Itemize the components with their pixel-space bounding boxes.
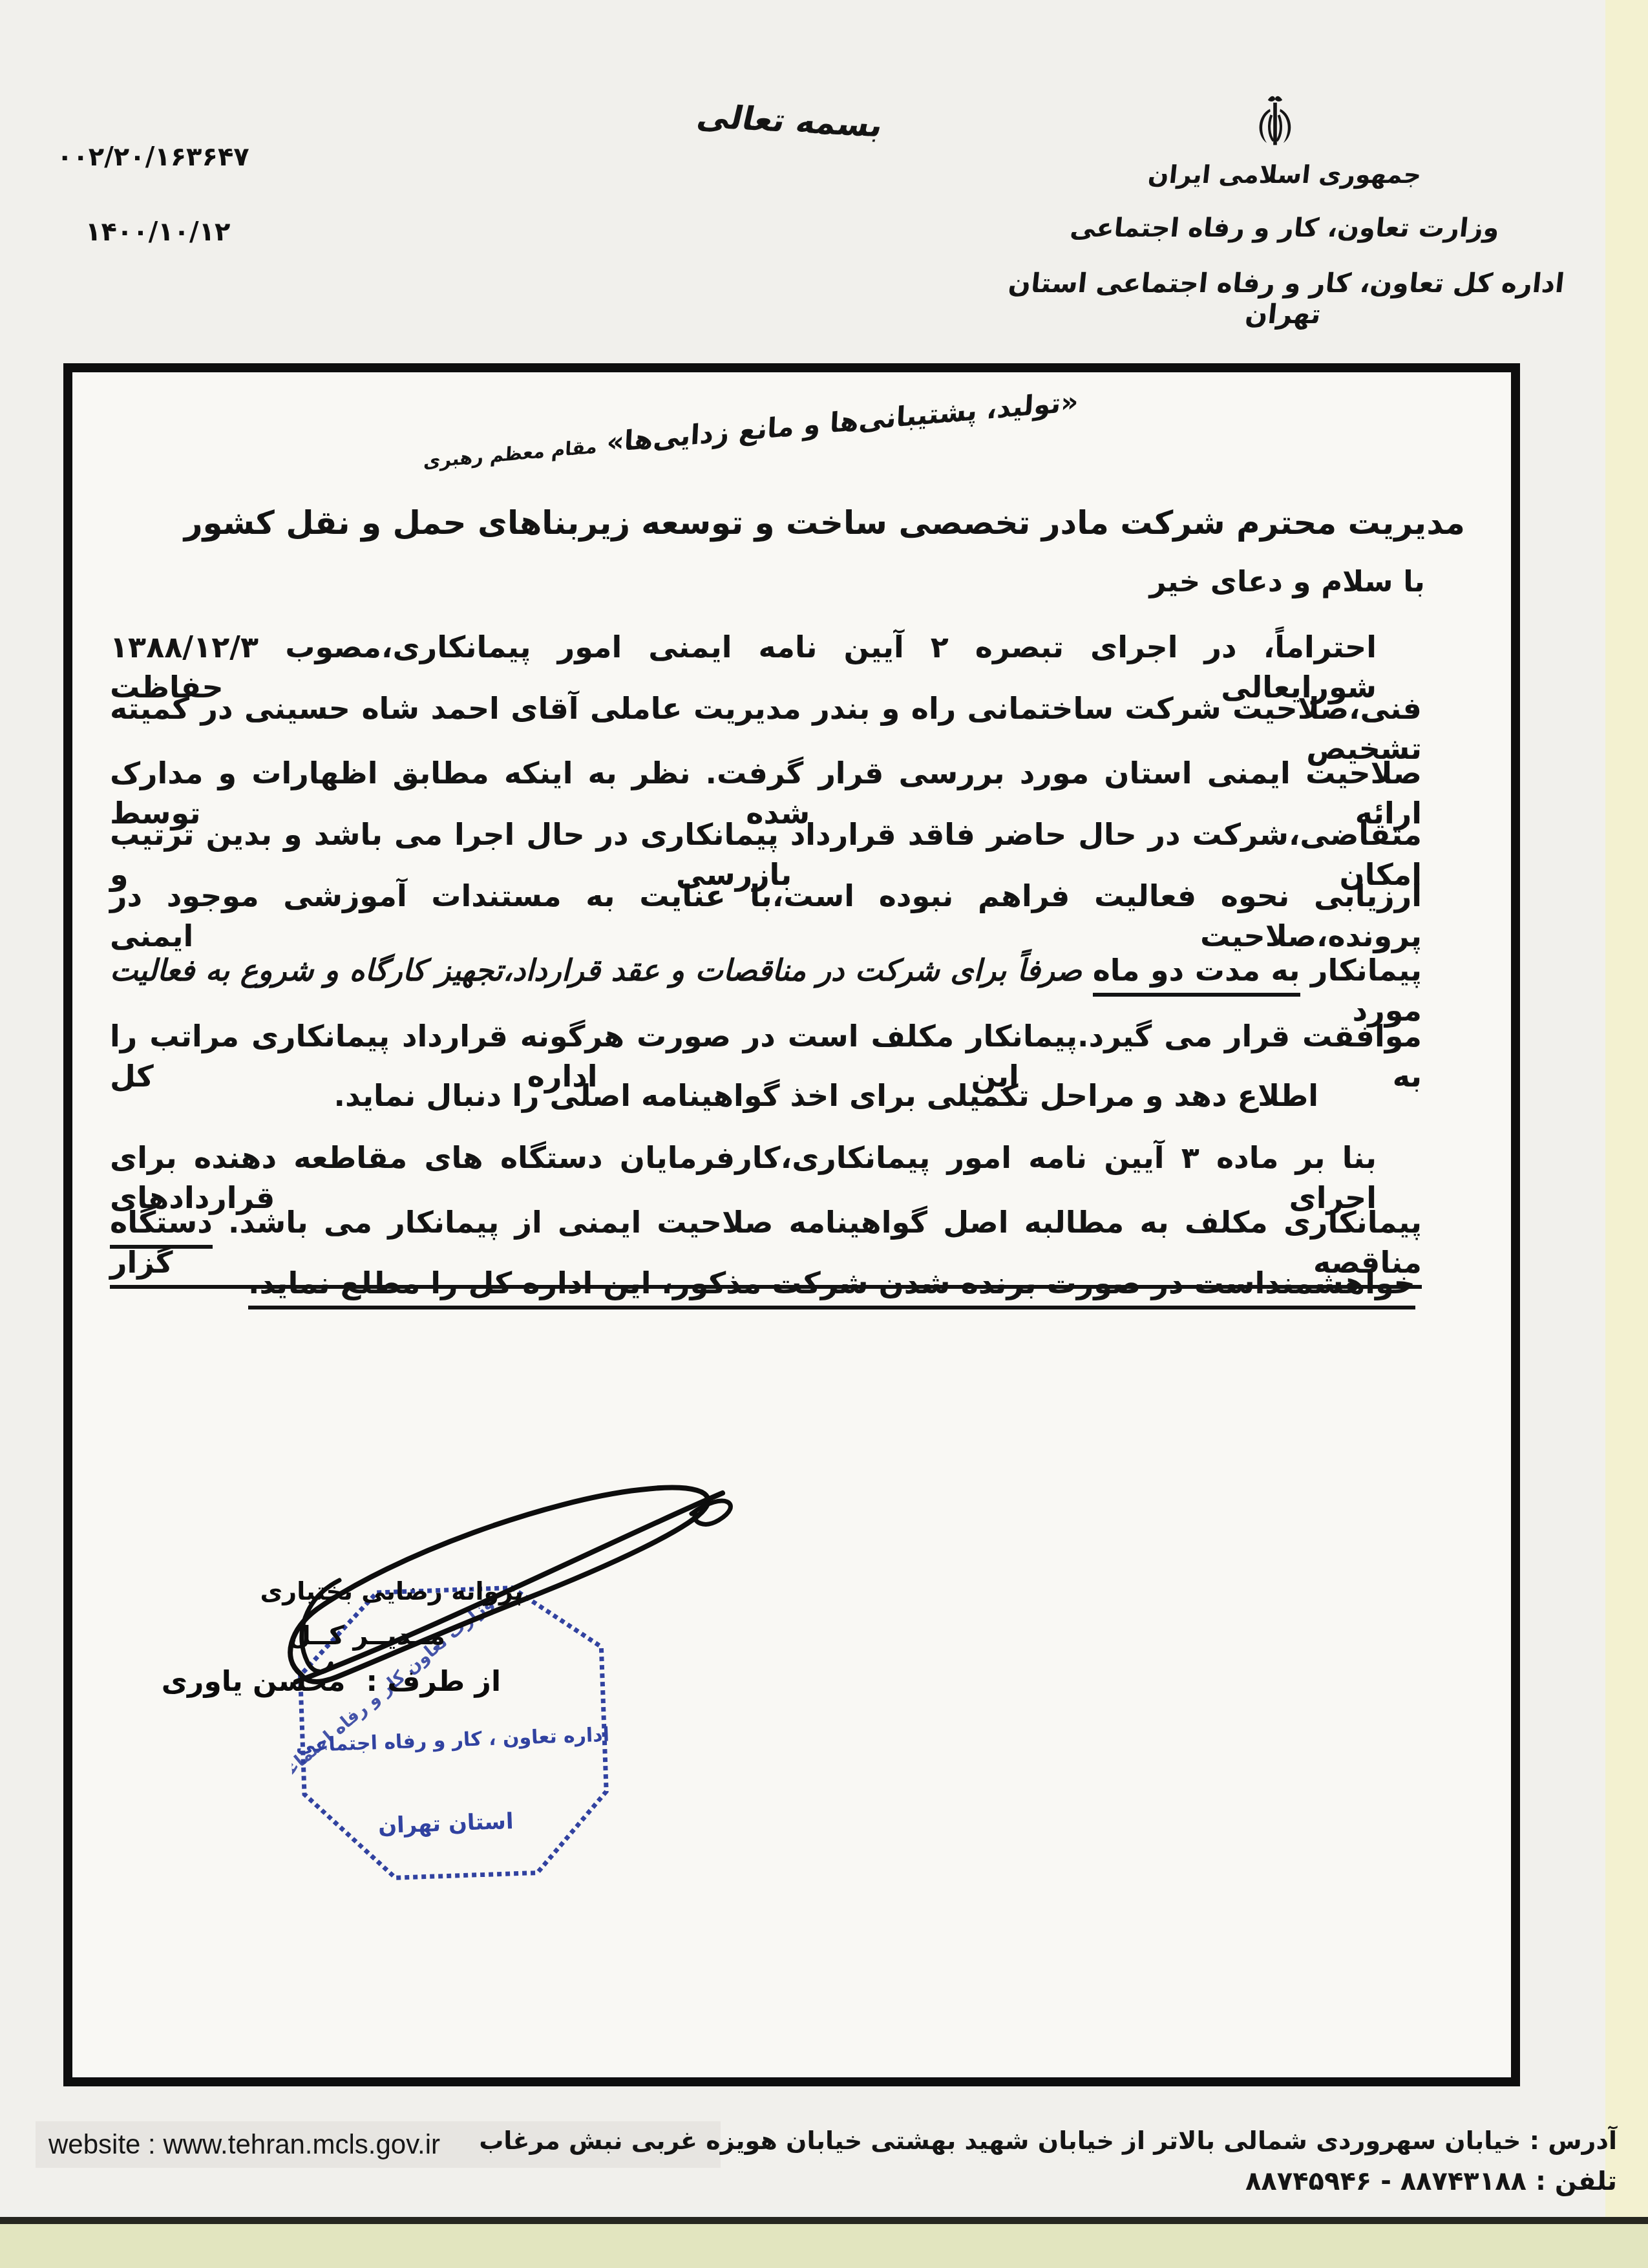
recipient-title: مدیریت محترم شرکت مادر تخصصی ساخت و توسع… xyxy=(184,504,1465,542)
salutation: با سلام و دعای خیر xyxy=(1149,564,1425,599)
iran-emblem-icon xyxy=(1249,93,1301,153)
body-line-8: اطلاع دهد و مراحل تکمیلی برای اخذ گواهین… xyxy=(334,1078,1318,1113)
letter-date: ۱۴۰۰/۱۰/۱۲ xyxy=(85,217,231,247)
scan-edge-strip xyxy=(1605,0,1648,2268)
besmele-calligraphy: بسمه تعالی xyxy=(694,98,887,144)
line10-main: پیمانکاری مکلف به مطالبه اصل گواهینامه ص… xyxy=(213,1205,1422,1240)
line6-italic-clause: صرفاً برای شرکت در مناقصات و عقد قرارداد… xyxy=(110,953,1093,988)
line6-underlined-duration: به مدت دو ماه xyxy=(1093,953,1300,997)
stamp-province-line: استان تهران xyxy=(377,1808,514,1839)
scanned-letter-page: ۰۰۲/۲۰/۱۶۳۶۴۷ ۱۴۰۰/۱۰/۱۲ بسمه تعالی جمهو… xyxy=(0,0,1648,2268)
scan-bottom-edge-line xyxy=(0,2217,1648,2224)
handwritten-signature xyxy=(278,1480,763,1693)
letterhead-ministry: وزارت تعاون، کار و رفاه اجتماعی xyxy=(999,213,1571,243)
line6-prefix: پیمانکار xyxy=(1300,953,1422,988)
body-line-5: ارزیابی نحوه فعالیت فراهم نبوده است،با ع… xyxy=(110,876,1422,956)
footer-address: آدرس : خیابان سهروردی شمالی بالاتر از خی… xyxy=(479,2126,1617,2155)
letter-number: ۰۰۲/۲۰/۱۶۳۶۴۷ xyxy=(57,142,249,172)
line11-underlined: خواهشمنداست در صورت برنده شدن شرکت مذکور… xyxy=(248,1266,1415,1309)
letterhead-office: اداره کل تعاون، کار و رفاه اجتماعی استان… xyxy=(997,268,1572,330)
letterhead-country: جمهوری اسلامی ایران xyxy=(999,160,1571,189)
body-line-11: خواهشمنداست در صورت برنده شدن شرکت مذکور… xyxy=(248,1266,1415,1300)
scan-bottom-band xyxy=(0,2224,1648,2268)
footer-website: website : www.tehran.mcls.gov.ir xyxy=(48,2129,440,2160)
footer-phone: تلفن : ۸۸۷۴۳۱۸۸ - ۸۸۷۴۵۹۴۶ xyxy=(1245,2167,1617,2196)
